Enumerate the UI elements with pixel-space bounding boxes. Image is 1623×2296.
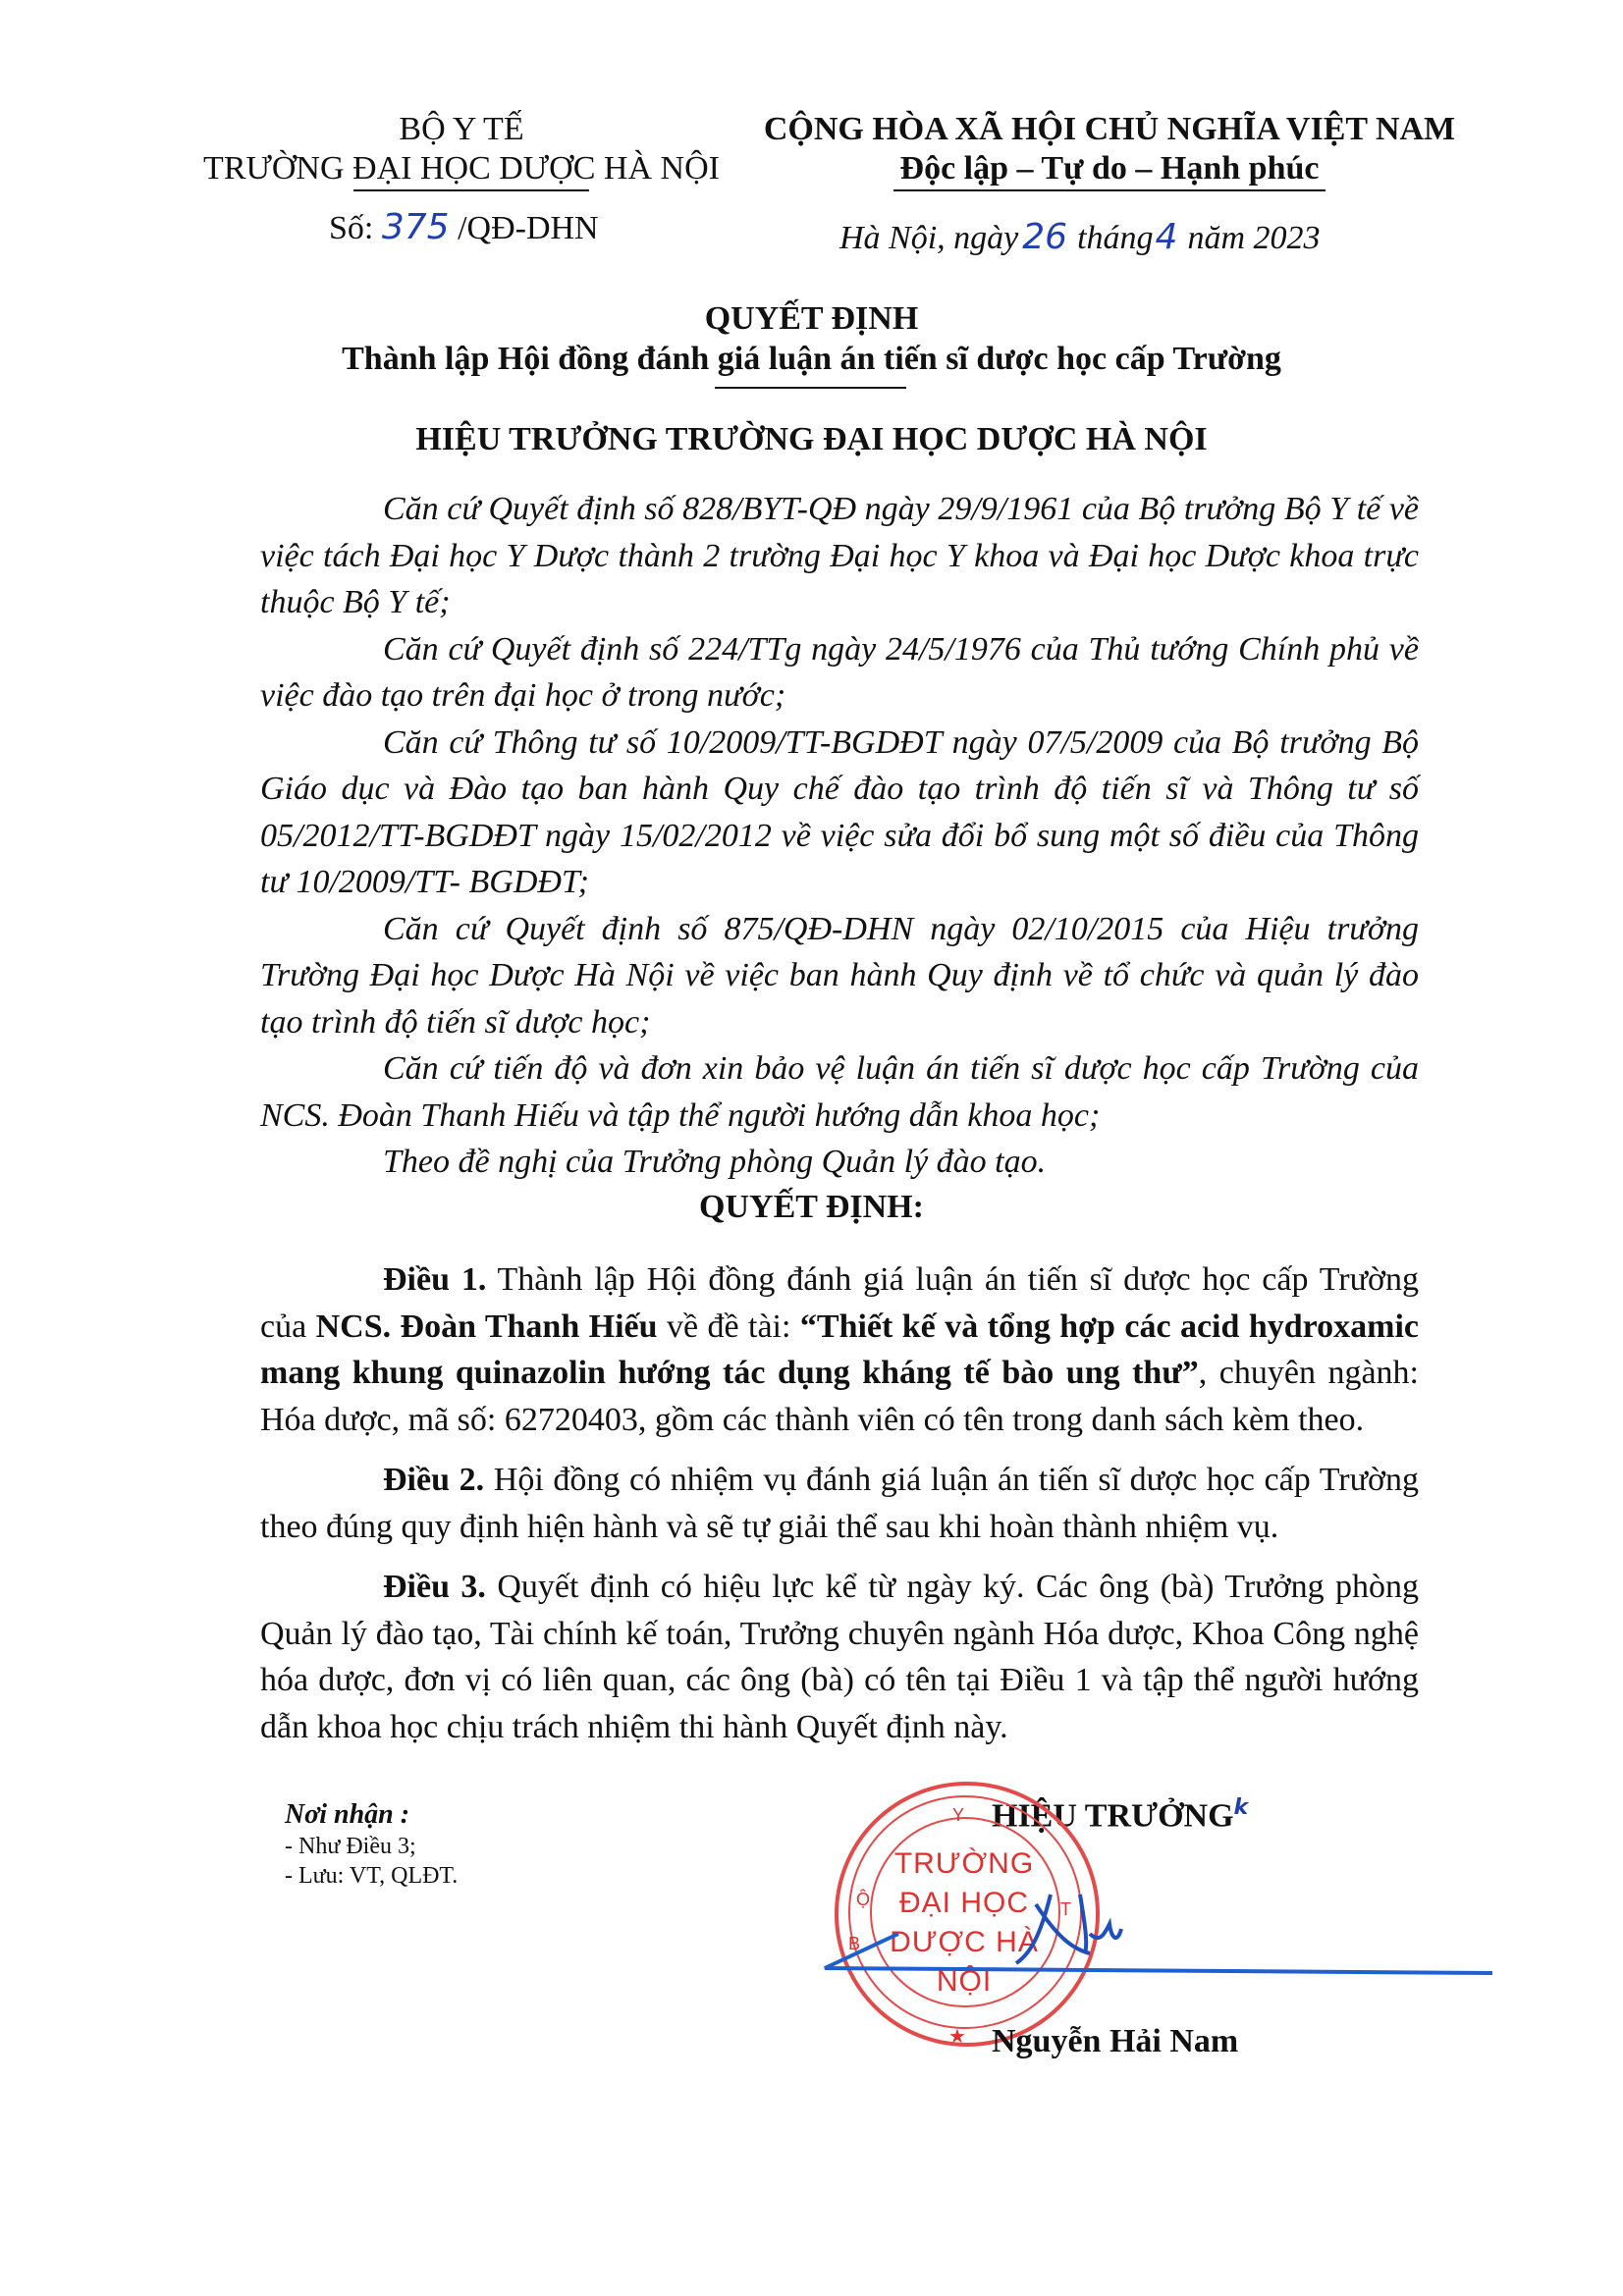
number-suffix: /QĐ-DHN <box>458 210 599 246</box>
ministry-name: BỘ Y TẾ <box>196 110 727 149</box>
handwritten-day: 26 <box>1022 217 1067 257</box>
national-motto: Độc lập – Tự do – Hạnh phúc <box>756 149 1463 188</box>
preamble-item: Căn cứ Quyết định số 224/TTg ngày 24/5/1… <box>260 626 1419 720</box>
article-1-label: Điều 1. <box>383 1261 486 1298</box>
article-1-text: về đề tài: <box>658 1308 800 1345</box>
year-text: năm 2023 <box>1187 220 1320 256</box>
handwritten-signature <box>805 1875 1512 1993</box>
recipients: Nơi nhận : - Như Điều 3; - Lưu: VT, QLĐT… <box>285 1798 677 1891</box>
stamp-ring-letter: Y <box>952 1795 965 1835</box>
institution-underline <box>353 189 589 191</box>
handwritten-month: 4 <box>1156 217 1178 257</box>
preamble-item: Căn cứ Thông tư số 10/2009/TT-BGDĐT ngày… <box>260 720 1419 906</box>
document-number: Số: 375 /QĐ-DHN <box>329 208 722 248</box>
number-prefix: Số: <box>329 210 373 246</box>
preamble-item: Căn cứ Quyết định số 875/QĐ-DHN ngày 02/… <box>260 906 1419 1046</box>
issuing-authority: HIỆU TRƯỞNG TRƯỜNG ĐẠI HỌC DƯỢC HÀ NỘI <box>0 420 1623 459</box>
recipients-heading: Nơi nhận : <box>285 1798 677 1832</box>
candidate-name: NCS. Đoàn Thanh Hiếu <box>316 1308 658 1345</box>
date-prefix: Hà Nội, ngày <box>839 220 1018 256</box>
document-type: QUYẾT ĐỊNH <box>0 299 1623 339</box>
motto-underline <box>893 189 1325 191</box>
initial-mark: k <box>1234 1795 1249 1820</box>
subject-underline <box>715 387 906 389</box>
issue-date: Hà Nội, ngày26tháng4năm 2023 <box>839 218 1468 258</box>
article-2-label: Điều 2. <box>383 1462 484 1498</box>
article-1: Điều 1. Thành lập Hội đồng đánh giá luận… <box>260 1256 1419 1443</box>
preamble: Căn cứ Quyết định số 828/BYT-QĐ ngày 29/… <box>260 486 1419 1186</box>
signer-name: Nguyễn Hải Nam <box>992 2022 1286 2061</box>
recipient-item: - Như Điều 3; <box>285 1832 677 1861</box>
month-label: tháng <box>1077 220 1153 256</box>
decision-heading: QUYẾT ĐỊNH: <box>0 1188 1623 1227</box>
preamble-item: Căn cứ tiến độ và đơn xin bảo vệ luận án… <box>260 1045 1419 1139</box>
article-2: Điều 2. Hội đồng có nhiệm vụ đánh giá lu… <box>260 1457 1419 1550</box>
articles: Điều 1. Thành lập Hội đồng đánh giá luận… <box>260 1256 1419 1750</box>
article-3-label: Điều 3. <box>383 1569 486 1605</box>
institution-name: TRƯỜNG ĐẠI HỌC DƯỢC HÀ NỘI <box>187 149 736 188</box>
nation-title: CỘNG HÒA XÃ HỘI CHỦ NGHĨA VIỆT NAM <box>756 110 1463 149</box>
preamble-item: Căn cứ Quyết định số 828/BYT-QĐ ngày 29/… <box>260 486 1419 626</box>
handwritten-number: 375 <box>382 207 450 247</box>
preamble-item: Theo đề nghị của Trưởng phòng Quản lý đà… <box>260 1139 1419 1186</box>
recipient-item: - Lưu: VT, QLĐT. <box>285 1861 677 1891</box>
document-subject: Thành lập Hội đồng đánh giá luận án tiến… <box>0 340 1623 379</box>
star-icon: ★ <box>948 2017 967 2056</box>
article-3: Điều 3. Quyết định có hiệu lực kể từ ngà… <box>260 1564 1419 1750</box>
